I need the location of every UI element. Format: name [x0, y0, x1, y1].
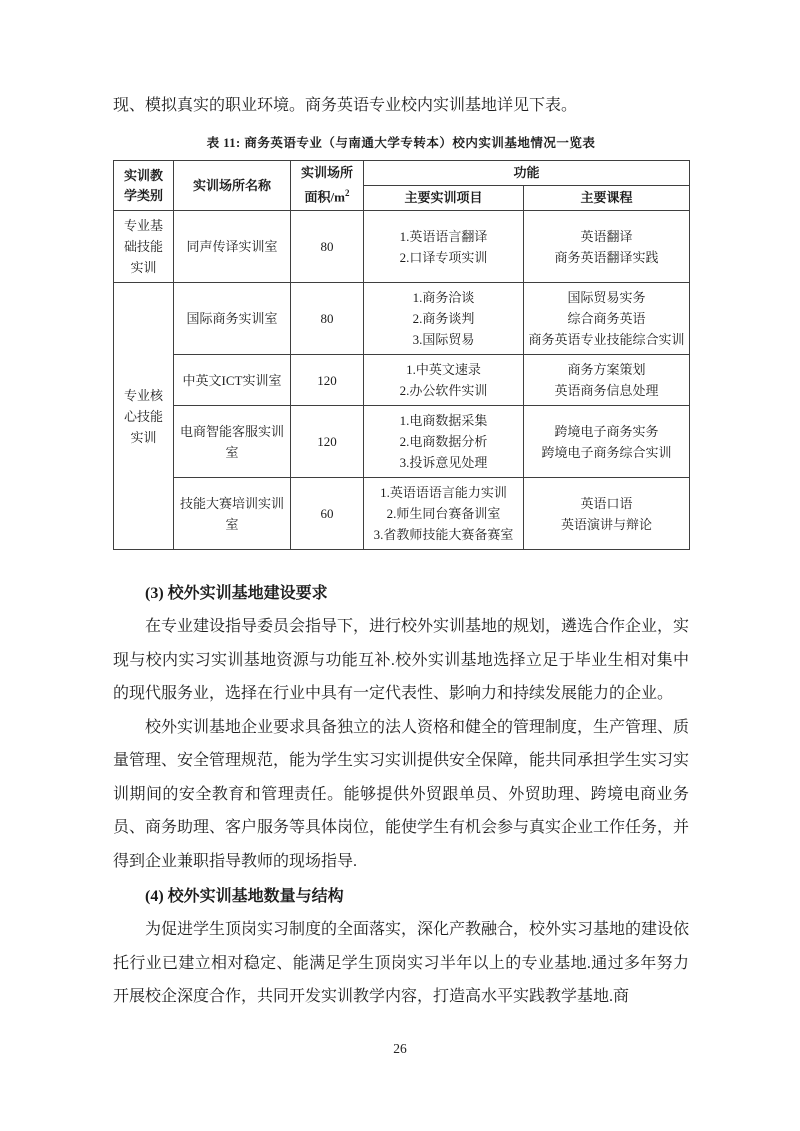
training-base-table: 实训教 学类别 实训场所名称 实训场所 面积/m2 功能 主要实训项目 主要课程… — [113, 160, 690, 550]
courses-cell: 英语口语 英语演讲与辩论 — [524, 478, 690, 550]
body-paragraph: 校外实训基地企业要求具备独立的法人资格和健全的管理制度，生产管理、质量管理、安全… — [113, 711, 689, 879]
projects-cell: 1.商务洽谈 2.商务谈判 3.国际贸易 — [364, 283, 524, 355]
header-area-text: 实训场所 面积/m — [301, 165, 353, 204]
body-sections: (3) 校外实训基地建设要求在专业建设指导委员会指导下，进行校外实训基地的规划，… — [113, 577, 689, 1014]
courses-cell: 商务方案策划 英语商务信息处理 — [524, 355, 690, 406]
document-page: 现、模拟真实的职业环境。商务英语专业校内实训基地详见下表。 表 11: 商务英语… — [0, 0, 800, 1131]
page-number: 26 — [0, 1041, 800, 1057]
body-paragraph: 在专业建设指导委员会指导下，进行校外实训基地的规划，遴选合作企业，实现与校内实习… — [113, 610, 689, 711]
table-row: 专业基 础技能 实训同声传译实训室801.英语语言翻译 2.口译专项实训英语翻译… — [114, 211, 690, 283]
room-name-cell: 同声传译实训室 — [174, 211, 291, 283]
courses-cell: 国际贸易实务 综合商务英语 商务英语专业技能综合实训 — [524, 283, 690, 355]
area-cell: 80 — [291, 283, 364, 355]
category-cell: 专业核 心技能 实训 — [114, 283, 174, 550]
header-category: 实训教 学类别 — [114, 161, 174, 211]
section-heading: (4) 校外实训基地数量与结构 — [113, 880, 689, 913]
table-row: 电商智能客服实训室1201.电商数据采集 2.电商数据分析 3.投诉意见处理跨境… — [114, 406, 690, 478]
body-paragraph: 为促进学生顶岗实习制度的全面落实，深化产教融合，校外实习基地的建设依托行业已建立… — [113, 913, 689, 1014]
projects-cell: 1.英语语言翻译 2.口译专项实训 — [364, 211, 524, 283]
courses-cell: 英语翻译 商务英语翻译实践 — [524, 211, 690, 283]
room-name-cell: 技能大赛培训实训室 — [174, 478, 291, 550]
header-name: 实训场所名称 — [174, 161, 291, 211]
header-function-group: 功能 — [364, 161, 690, 186]
table-row: 中英文ICT实训室1201.中英文速录 2.办公软件实训商务方案策划 英语商务信… — [114, 355, 690, 406]
area-cell: 60 — [291, 478, 364, 550]
section-heading: (3) 校外实训基地建设要求 — [113, 577, 689, 610]
page-content: 现、模拟真实的职业环境。商务英语专业校内实训基地详见下表。 表 11: 商务英语… — [113, 92, 689, 1014]
category-cell: 专业基 础技能 实训 — [114, 211, 174, 283]
table-caption: 表 11: 商务英语专业（与南通大学专转本）校内实训基地情况一览表 — [113, 133, 689, 151]
courses-cell: 跨境电子商务实务 跨境电子商务综合实训 — [524, 406, 690, 478]
table-row: 专业核 心技能 实训国际商务实训室801.商务洽谈 2.商务谈判 3.国际贸易国… — [114, 283, 690, 355]
room-name-cell: 中英文ICT实训室 — [174, 355, 291, 406]
header-area: 实训场所 面积/m2 — [291, 161, 364, 211]
table-row: 技能大赛培训实训室601.英语语语言能力实训 2.师生同台赛备训室 3.省教师技… — [114, 478, 690, 550]
room-name-cell: 电商智能客服实训室 — [174, 406, 291, 478]
header-courses: 主要课程 — [524, 186, 690, 211]
table-header: 实训教 学类别 实训场所名称 实训场所 面积/m2 功能 主要实训项目 主要课程 — [114, 161, 690, 211]
area-cell: 80 — [291, 211, 364, 283]
header-projects: 主要实训项目 — [364, 186, 524, 211]
projects-cell: 1.中英文速录 2.办公软件实训 — [364, 355, 524, 406]
projects-cell: 1.电商数据采集 2.电商数据分析 3.投诉意见处理 — [364, 406, 524, 478]
intro-paragraph: 现、模拟真实的职业环境。商务英语专业校内实训基地详见下表。 — [113, 92, 689, 120]
area-unit-superscript: 2 — [345, 188, 350, 198]
room-name-cell: 国际商务实训室 — [174, 283, 291, 355]
table-body: 专业基 础技能 实训同声传译实训室801.英语语言翻译 2.口译专项实训英语翻译… — [114, 211, 690, 550]
projects-cell: 1.英语语语言能力实训 2.师生同台赛备训室 3.省教师技能大赛备赛室 — [364, 478, 524, 550]
area-cell: 120 — [291, 406, 364, 478]
area-cell: 120 — [291, 355, 364, 406]
